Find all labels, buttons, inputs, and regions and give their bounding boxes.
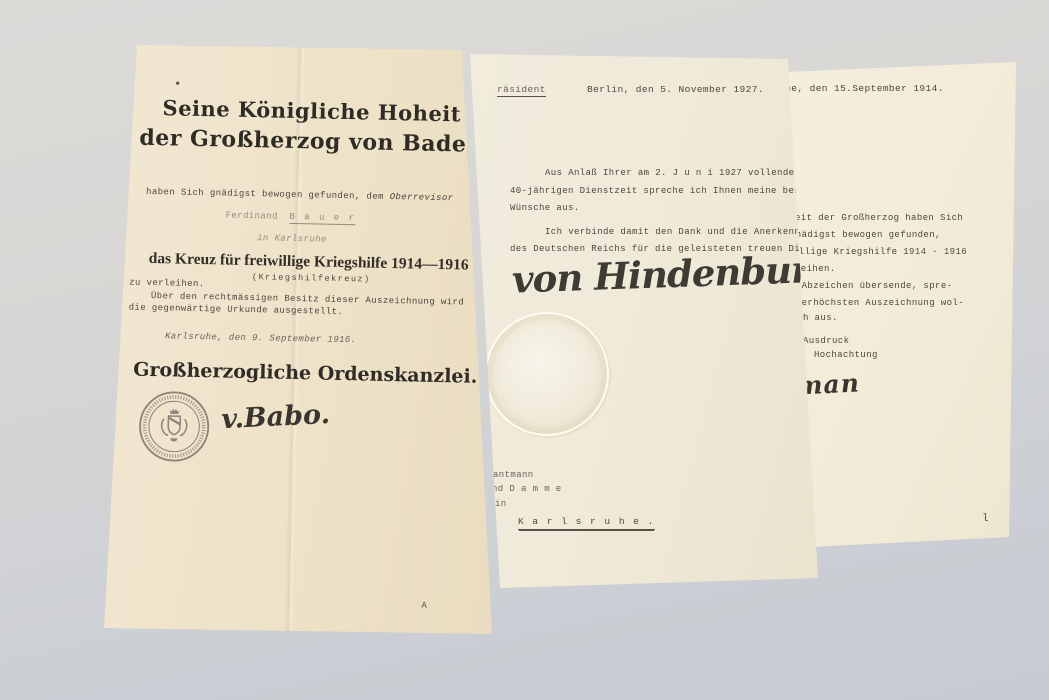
body-line: Wünsche aus.: [510, 203, 580, 213]
signature-babo: v.Babo.: [221, 399, 331, 435]
date-line-fragment: ruhe, den 15.September 1914.: [773, 83, 944, 94]
body-line: Aus Anlaß Ihrer am 2. J u n i 1927 volle…: [545, 168, 812, 178]
body-line: gnädigst bewogen gefunden,: [790, 230, 941, 240]
closing-line: Hochachtung: [814, 350, 878, 360]
recipient-name: Ferdinand B a u e r: [225, 211, 356, 224]
document-baden-content: ● Seine Königliche Hoheit der Großherzog…: [89, 36, 501, 644]
baden-seal-stamp-icon: [136, 389, 212, 465]
closing-line: Ausdruck: [803, 336, 849, 346]
grant-line-main: haben Sich gnädigst bewogen gefunden, de…: [146, 187, 384, 202]
body-line: illige Kriegshilfe 1914 - 1916: [793, 247, 967, 257]
address-line: nd D a m m e: [492, 484, 562, 494]
address-line: antmann: [493, 470, 534, 480]
paper-speck: ●: [175, 79, 180, 88]
document-hindenburg-letter: räsident Berlin, den 5. November 1927. A…: [460, 50, 830, 595]
letterhead-fragment: räsident: [497, 84, 546, 97]
body-line: h aus.: [803, 313, 838, 323]
body-line: leihen.: [795, 264, 836, 274]
body-line: 40-jährigen Dienstzeit spreche ich Ihnen…: [510, 186, 817, 196]
issuer-line: Großherzogliche Ordenskanzlei.: [94, 358, 494, 388]
verb-line: zu verleihen.: [129, 278, 205, 290]
photo-of-documents: ruhe, den 15.September 1914. eit der Gro…: [0, 0, 1049, 700]
embossed-eagle-seal-icon: [485, 312, 609, 436]
corner-mark: A: [421, 601, 427, 611]
address-line: in: [495, 499, 507, 509]
royal-title-line1: Seine Königliche Hoheit: [100, 94, 500, 127]
document-baden-certificate: ● Seine Königliche Hoheit der Großherzog…: [95, 40, 495, 640]
recipient-last-name: B a u e r: [289, 212, 356, 225]
body-line: eit der Großherzog haben Sich: [795, 213, 963, 223]
body-line: llerhöchsten Auszeichnung wol-: [790, 298, 964, 308]
royal-title-line2: der Großherzog von Baden: [99, 124, 499, 158]
body-line: die gegenwärtige Urkunde ausgestellt.: [129, 303, 344, 317]
date-line: Karlsruhe, den 9. September 1916.: [165, 331, 357, 345]
address-city: K a r l s r u h e .: [518, 516, 655, 530]
signature-von-hindenburg: von Hindenburg: [511, 246, 835, 301]
recipient-first-name: Ferdinand: [225, 211, 277, 222]
document-hindenburg-content: räsident Berlin, den 5. November 1927. A…: [460, 50, 830, 595]
grant-line-rank: Oberrevisor: [390, 192, 454, 203]
body-line: s Abzeichen übersende, spre-: [790, 281, 952, 291]
margin-mark: l: [982, 513, 989, 525]
body-line: Ich verbinde damit den Dank und die Aner…: [545, 227, 818, 237]
recipient-place: in Karlsruhe: [257, 233, 327, 244]
date-line: Berlin, den 5. November 1927.: [587, 84, 764, 95]
